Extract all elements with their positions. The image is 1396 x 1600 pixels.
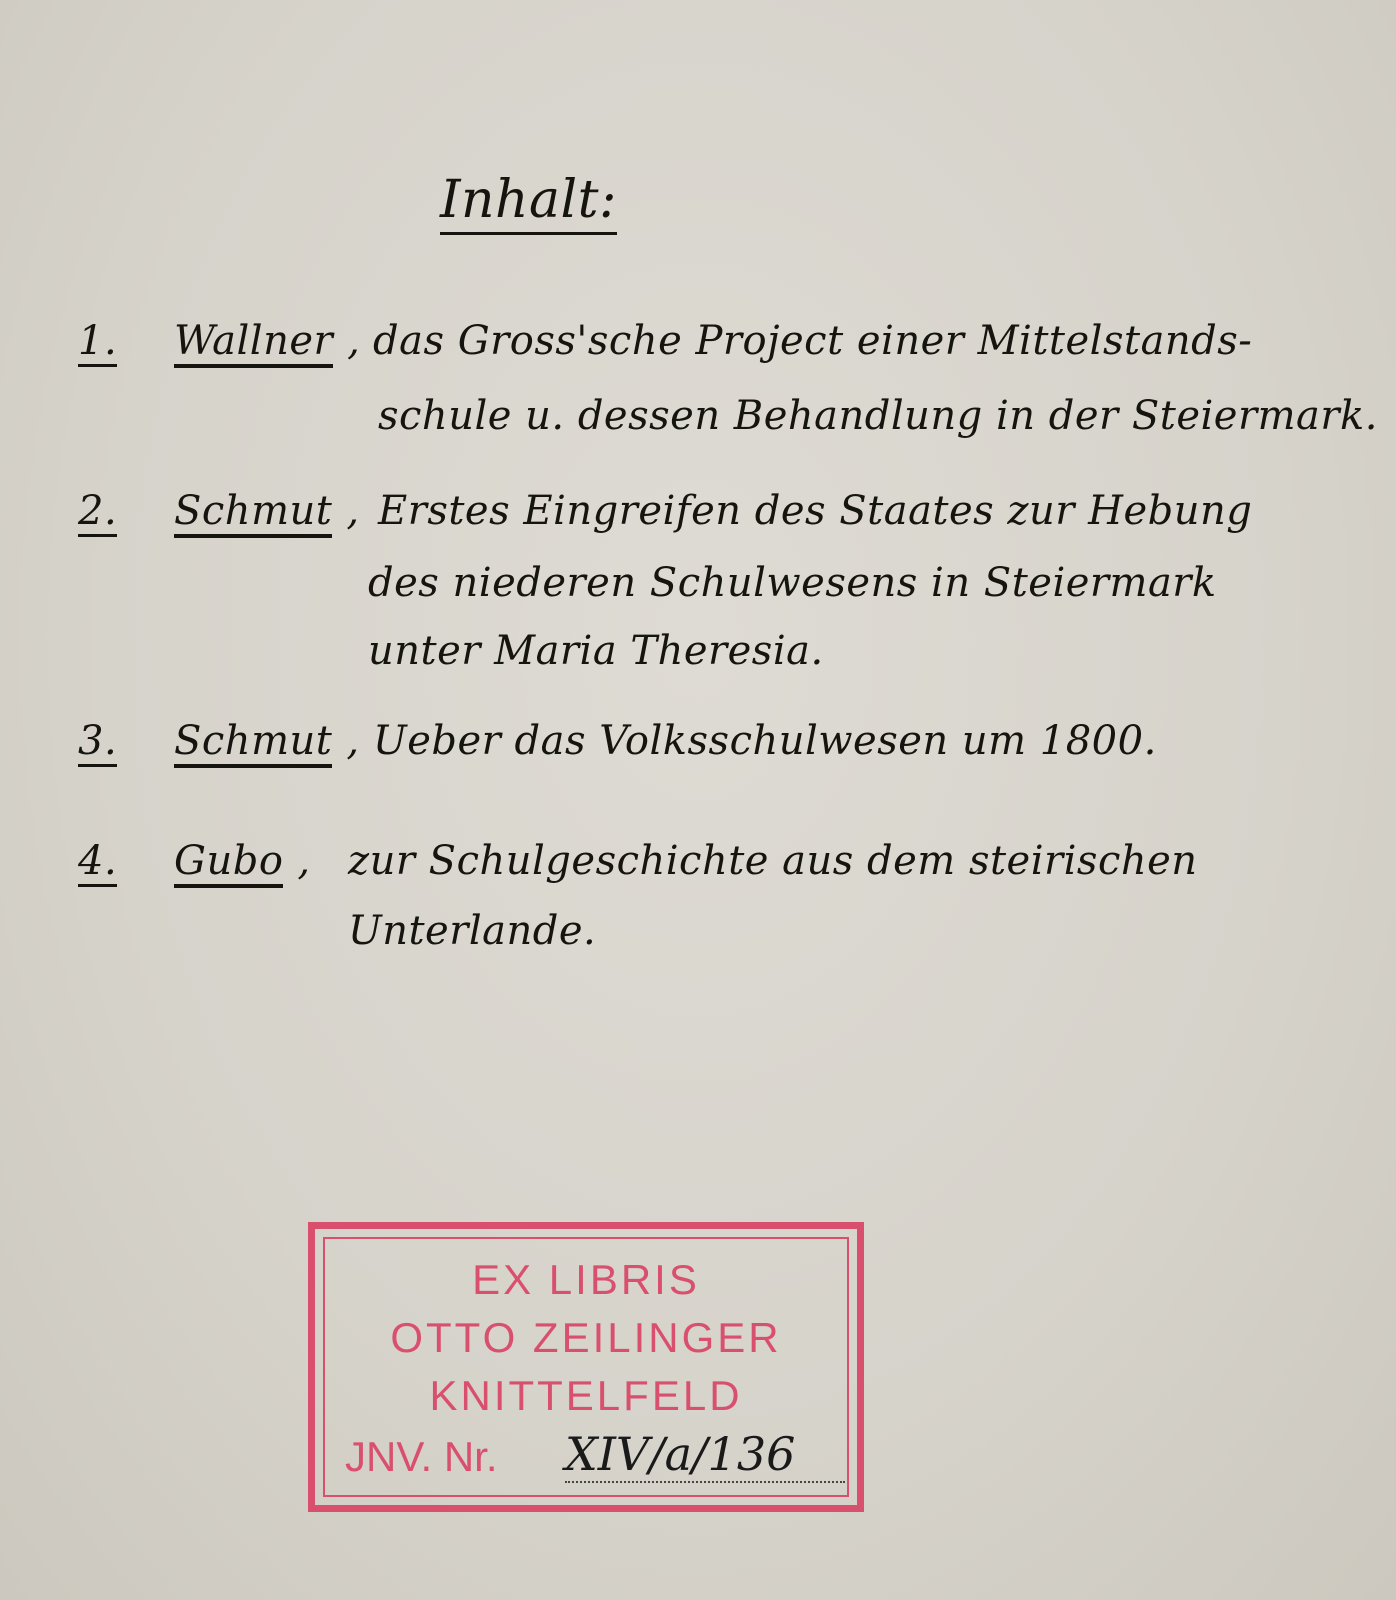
list-item: 4.Gubo, zur Schulgeschichte aus dem stei… (78, 820, 1338, 970)
entry-number: 4. (78, 838, 117, 887)
entry-text-line: unter Maria Theresia. (368, 610, 824, 692)
entry-text-line: das Gross'sche Project einer Mittelstand… (373, 300, 1252, 382)
entry-author: Gubo (174, 838, 283, 888)
entry-number: 2. (78, 488, 117, 537)
entry-author: Schmut (174, 488, 332, 538)
entry-number: 1. (78, 318, 117, 367)
entry-number: 3. (78, 718, 117, 767)
entry-text-line: Erstes Eingreifen des Staates zur Hebung (378, 470, 1252, 552)
list-item: 3.Schmut, Ueber das Volksschulwesen um 1… (78, 700, 1338, 790)
list-item: 2.Schmut, Erstes Eingreifen des Staates … (78, 470, 1338, 690)
entry-text-line: Unterlande. (348, 890, 596, 972)
entry-text-line: Ueber das Volksschulwesen um 1800. (373, 700, 1157, 782)
list-item: 1.Wallner, das Gross'sche Project einer … (78, 300, 1338, 470)
entry-author: Schmut (174, 718, 332, 768)
page-title: Inhalt: (440, 170, 617, 230)
stamp-inventory-number: XIV/a/136 (565, 1427, 845, 1483)
stamp-inventory-label: JNV. Nr. (345, 1433, 498, 1481)
document-page: Inhalt: 1.Wallner, das Gross'sche Projec… (0, 0, 1396, 1600)
entry-text-line: schule u. dessen Behandlung in der Steie… (378, 375, 1378, 457)
ex-libris-stamp: EX LIBRIS OTTO ZEILINGER KNITTELFELD JNV… (308, 1222, 864, 1512)
entry-author: Wallner (174, 318, 333, 368)
